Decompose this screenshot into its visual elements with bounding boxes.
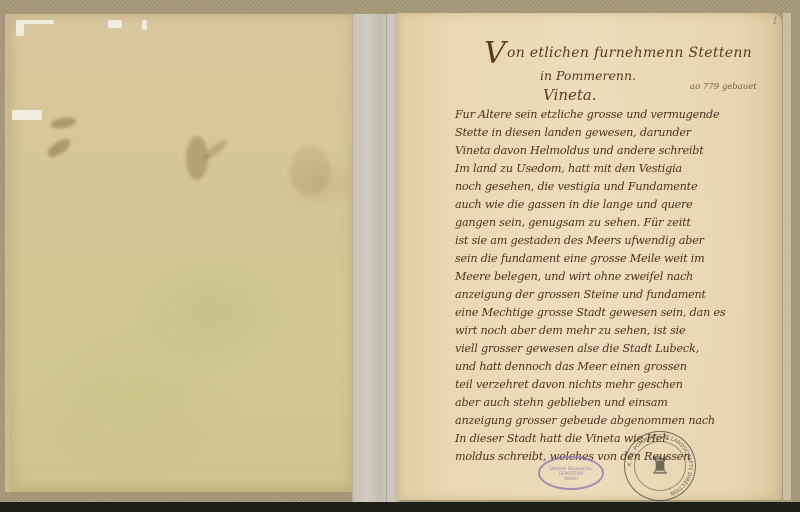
manuscript-line: Stette in diesen landen gewesen, darunde…	[455, 126, 691, 139]
gutter-repair-tape	[352, 14, 400, 502]
stamp-text-line: Stettin	[564, 476, 577, 481]
manuscript-line: viell grosser gewesen alse die Stadt Lub…	[455, 342, 699, 355]
manuscript-line: anzeigung grosser gebeude abgenommen nac…	[455, 414, 715, 427]
manuscript-line: Vineta davon Helmoldus und andere schrei…	[455, 144, 704, 157]
page-heading-line2: in Pommerenn.	[540, 68, 636, 83]
manuscript-line: eine Mechtige grosse Stadt gewesen sein,…	[455, 306, 725, 319]
page-heading: Von etlichen furnehmenn Stettenn	[484, 36, 752, 71]
paper-damage-chip	[16, 22, 24, 36]
landschafts-direktion-seal: K. PR. POMMERSCHE LANDSCHAFTS DIRECTION …	[624, 431, 696, 501]
scan-background-shadow	[0, 502, 800, 512]
folio-number: 1	[772, 16, 778, 27]
manuscript-line: und hatt dennoch das Meer einen grossen	[455, 360, 687, 373]
paper-damage-chip	[108, 20, 122, 28]
manuscript-line: Meere belegen, und wirt ohne zweifel nac…	[455, 270, 693, 283]
spine-fold	[386, 14, 387, 502]
right-cover-edge	[782, 13, 791, 500]
manuscript-line: teil verzehret davon nichts mehr geschen	[455, 378, 683, 391]
section-title-vineta: Vineta.	[543, 86, 597, 104]
manuscript-line: aber auch stehn geblieben und einsam	[455, 396, 668, 409]
library-oval-stamp: Stettiner Staatsarchiv DEPOSITUM Stettin	[538, 456, 604, 490]
manuscript-line: noch gesehen, die vestigia und Fundament…	[455, 180, 697, 193]
manuscript-line: wirt noch aber dem mehr zu sehen, ist si…	[455, 324, 685, 337]
manuscript-line: Fur Altere sein etzliche grosse und verm…	[455, 108, 719, 121]
manuscript-line: auch wie die gassen in die lange und que…	[455, 198, 693, 211]
griffin-emblem-icon: ♜	[645, 450, 675, 482]
left-endpaper	[10, 14, 353, 492]
water-stain	[45, 136, 73, 161]
water-stain	[49, 116, 76, 130]
manuscript-line: sein die fundament eine grosse Meile wei…	[455, 252, 705, 265]
paper-damage-chip	[12, 110, 42, 120]
manuscript-line: ist sie am gestaden des Meers ufwendig a…	[455, 234, 704, 247]
manuscript-line: anzeigung der grossen Steine und fundame…	[455, 288, 706, 301]
manuscript-line: gangen sein, genugsam zu sehen. Für zeit…	[455, 216, 691, 229]
heading-text: on etlichen furnehmenn Stettenn	[507, 45, 752, 61]
water-stain	[290, 146, 330, 196]
manuscript-line: Im land zu Usedom, hatt mit den Vestigia	[455, 162, 682, 175]
margin-annotation: ao 779 gebauet	[690, 82, 757, 92]
paper-damage-chip	[142, 20, 147, 30]
heading-initial: V	[484, 36, 506, 71]
